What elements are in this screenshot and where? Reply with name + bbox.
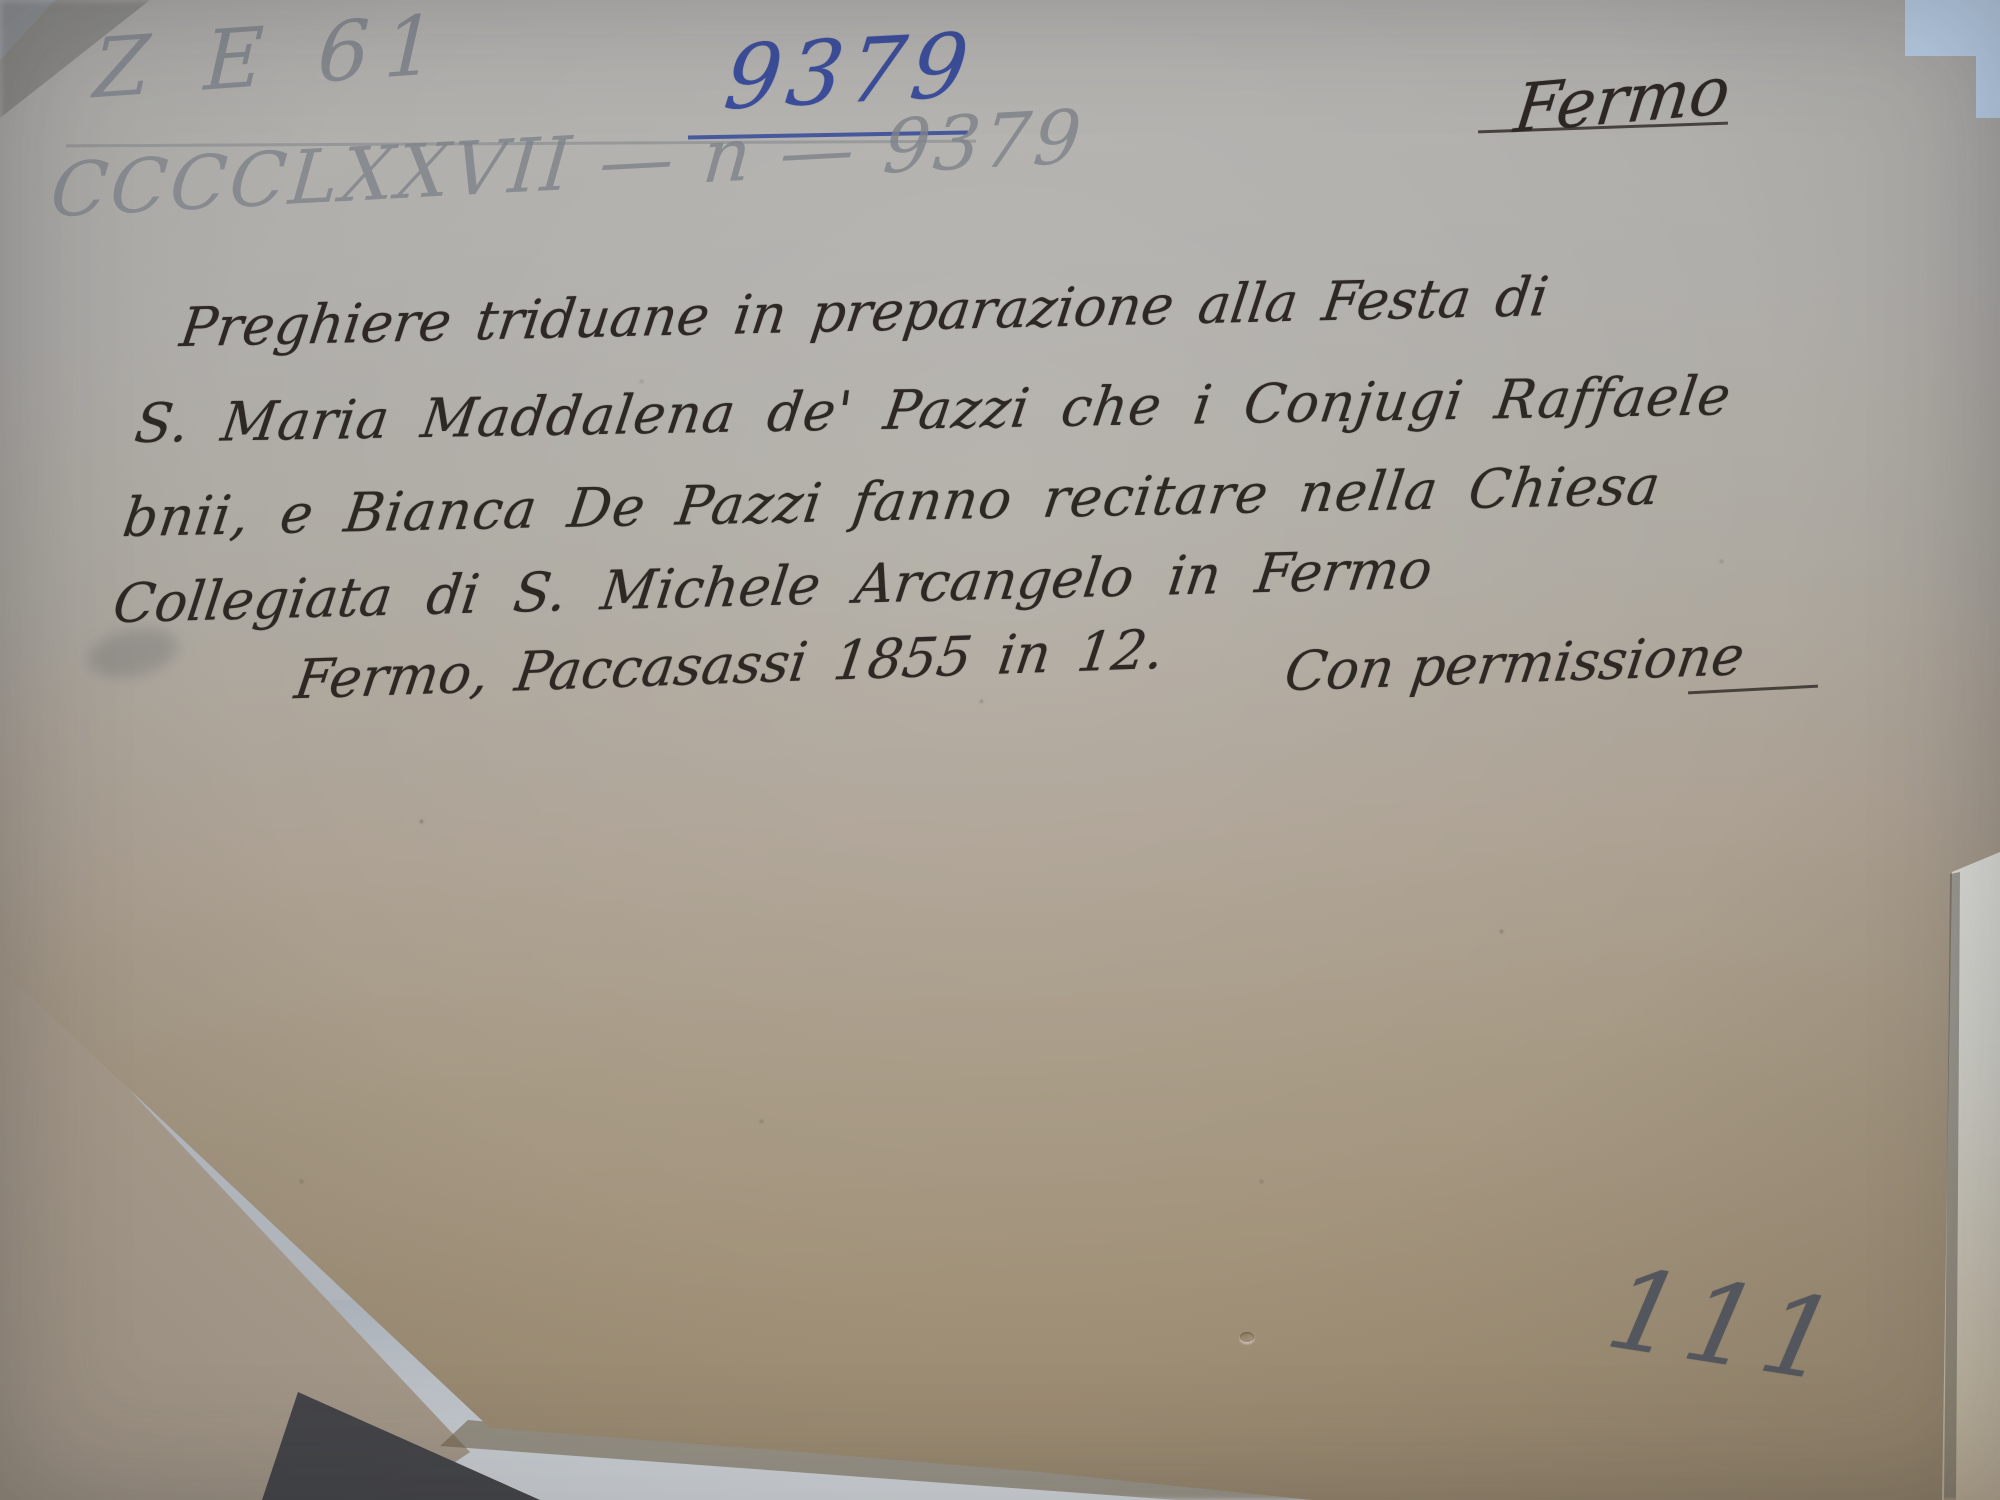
paper-pinhole: [1240, 1332, 1254, 1342]
paper-fiber-specks: [0, 0, 3, 3]
photo-frame: Z E 61 9379 CCCCLXXVII — n — 9379 Fermo …: [0, 0, 2000, 1500]
